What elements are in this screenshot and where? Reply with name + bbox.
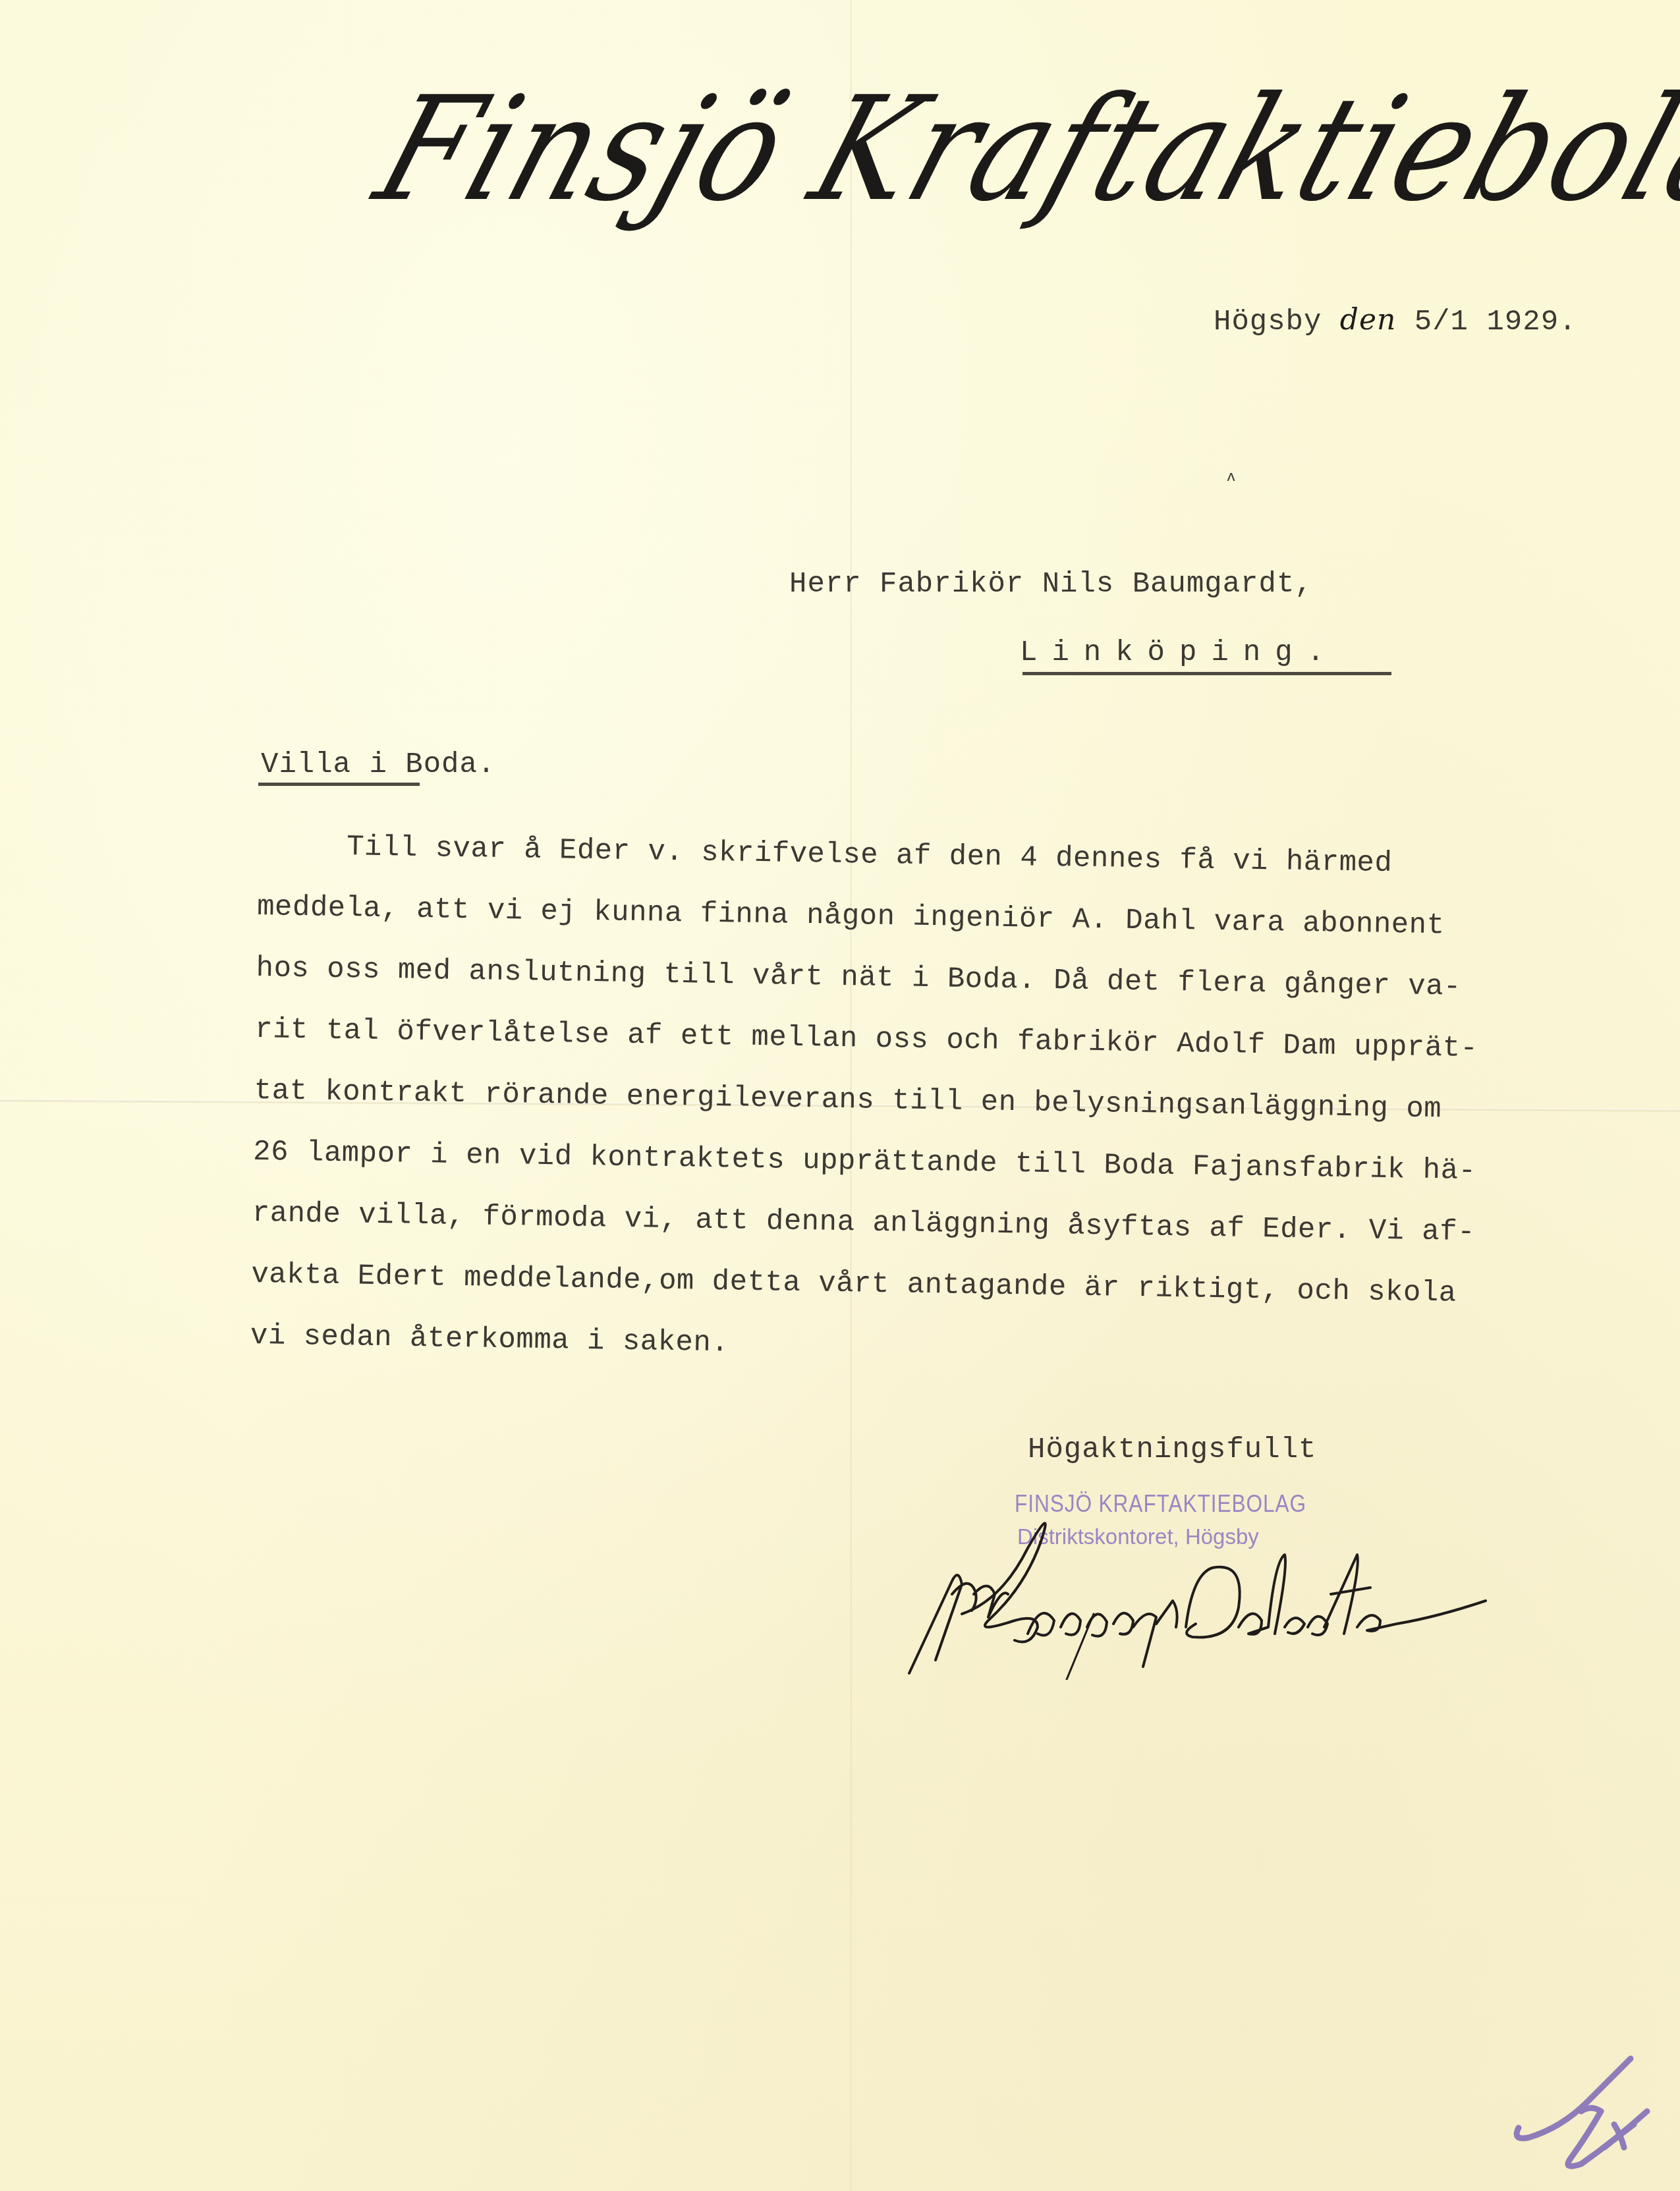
place-date-line: Högsby den 5/1 1929. bbox=[1214, 303, 1577, 339]
recipient-city-suffix: . bbox=[1307, 636, 1339, 669]
closing-salutation: Högaktningsfullt bbox=[1028, 1433, 1316, 1466]
subject-line: Villa i Boda. bbox=[261, 748, 495, 781]
recipient-city-name: Linköping bbox=[1020, 636, 1307, 669]
recipient-city: Linköping. bbox=[1020, 636, 1339, 669]
handwritten-den: den bbox=[1340, 303, 1397, 337]
initials-icon bbox=[1509, 2049, 1667, 2180]
letterhead-company-name: Finsjö Kraftaktiebolag bbox=[349, 36, 1451, 263]
letter-body: Till svar å Eder v. skrifvelse af den 4 … bbox=[250, 829, 1642, 1402]
ink-speck-icon: ᴧ bbox=[1227, 469, 1235, 485]
place: Högsby bbox=[1214, 306, 1322, 339]
date: 5/1 1929. bbox=[1414, 306, 1577, 339]
subject-underline bbox=[258, 783, 420, 786]
recipient-name: Herr Fabrikör Nils Baumgardt, bbox=[789, 568, 1313, 601]
recipient-city-underline bbox=[1022, 672, 1391, 675]
signature-icon bbox=[896, 1469, 1489, 1680]
